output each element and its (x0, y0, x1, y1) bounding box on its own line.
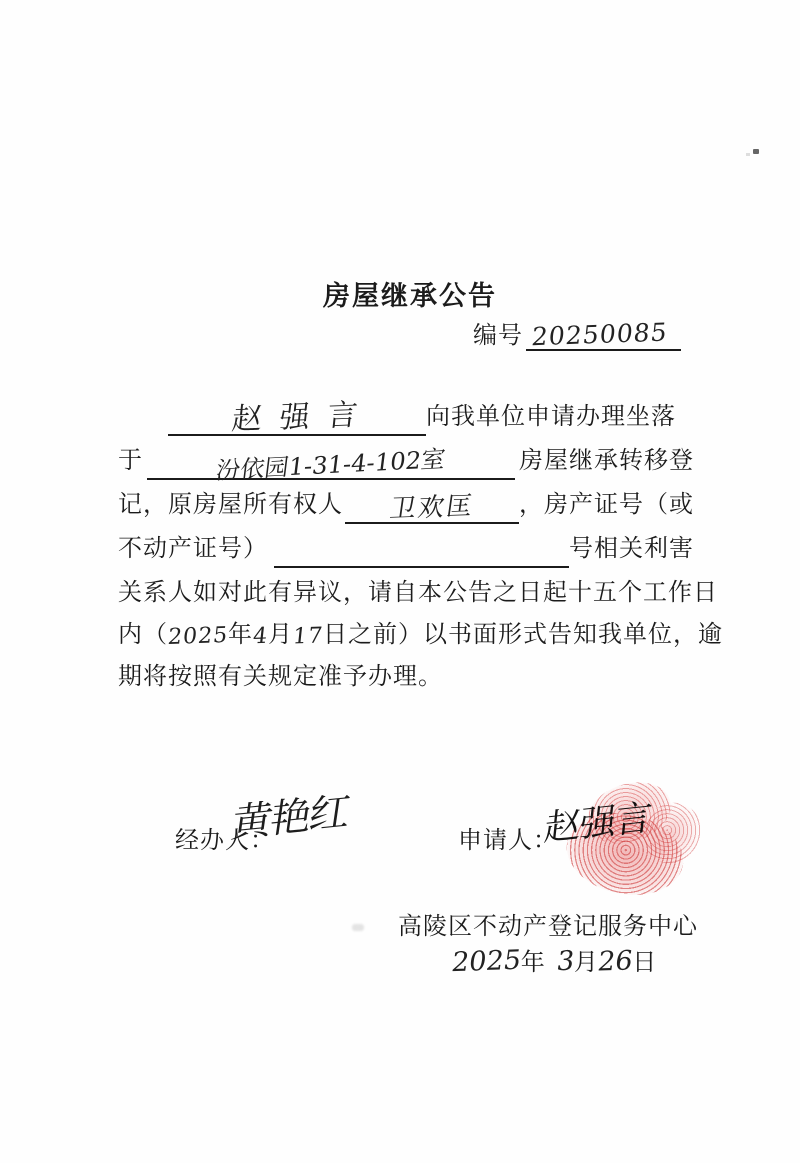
issue-day-unit: 日 (632, 944, 656, 980)
scan-artifact-dot (753, 149, 759, 154)
deadline-year-handwritten: 2025 (167, 625, 230, 649)
owner-name-fill: 卫欢匡 (388, 494, 476, 524)
property-address-underline: 汾依园1-31-4-102室 (147, 440, 515, 480)
deadline-month-unit: 月 (268, 614, 293, 654)
scan-artifact-smudge (352, 924, 364, 931)
deadline-month-handwritten: 4 (252, 626, 269, 649)
cert-number-underline (274, 528, 569, 568)
doc-number-row: 编号 20250085 (473, 318, 681, 352)
owner-name-underline: 卫欢匡 (345, 484, 519, 524)
applicant-signature: 赵强言 (542, 801, 653, 848)
deadline-day-handwritten: 17 (292, 625, 324, 648)
doc-number-label: 编号 (473, 318, 523, 352)
doc-number-underline: 20250085 (526, 319, 681, 351)
page-title: 房屋继承公告 (323, 274, 497, 313)
body-line-2: 于 汾依园1-31-4-102室 房屋继承转移登 (118, 440, 694, 480)
issue-day-handwritten: 26 (596, 947, 634, 975)
body-line-2-text: 房屋继承转移登 (519, 440, 694, 480)
body-line-1: 赵 强 言 向我单位申请办理坐落 (118, 396, 694, 436)
deadline-year-unit: 年 (228, 614, 253, 654)
body-line-7: 期将按照有关规定准予办理。 (118, 656, 694, 696)
issue-year-handwritten: 2025 (450, 947, 523, 976)
applicant-name-fill: 赵 强 言 (231, 401, 364, 436)
body-line-4-text: 号相关利害 (569, 528, 694, 568)
body-line-6-prefix: 内（ (118, 614, 168, 654)
handler-signature: 黄艳红 (229, 792, 351, 844)
applicant-name-underline: 赵 强 言 (168, 396, 426, 436)
issue-date: 2025 年 3 月 26 日 (452, 944, 656, 980)
body-line-3-prefix: 记，原房屋所有权人 (118, 484, 343, 524)
body-line-4-prefix: 不动产证号） (118, 528, 268, 568)
issue-month-handwritten: 3 (555, 948, 576, 976)
issue-year-unit: 年 (521, 944, 545, 980)
body-line-4: 不动产证号） 号相关利害 (118, 528, 694, 568)
body-line-5-text: 关系人如对此有异议，请自本公告之日起十五个工作日 (118, 572, 718, 612)
body-line-2-prefix: 于 (118, 440, 143, 480)
body-line-3-text: ，房产证号（或 (519, 484, 694, 524)
body-line-6-suffix: 日之前）以书面形式告知我单位，逾 (323, 614, 723, 654)
body-line-7-text: 期将按照有关规定准予办理。 (118, 656, 443, 696)
organization-name: 高陵区不动产登记服务中心 (398, 906, 698, 941)
property-address-fill: 汾依园1-31-4-102室 (215, 447, 447, 484)
body-line-5: 关系人如对此有异议，请自本公告之日起十五个工作日 (118, 572, 694, 612)
body-line-1-text: 向我单位申请办理坐落 (426, 396, 676, 436)
body-line-6: 内（ 2025 年 4 月 17 日之前）以书面形式告知我单位，逾 (118, 614, 694, 654)
scanned-document-page: 房屋继承公告 编号 20250085 赵 强 言 向我单位申请办理坐落 于 汾依… (0, 0, 800, 1163)
doc-number-value: 20250085 (524, 320, 669, 352)
body-line-3: 记，原房屋所有权人 卫欢匡 ，房产证号（或 (118, 484, 694, 524)
issue-month-unit: 月 (574, 944, 598, 980)
